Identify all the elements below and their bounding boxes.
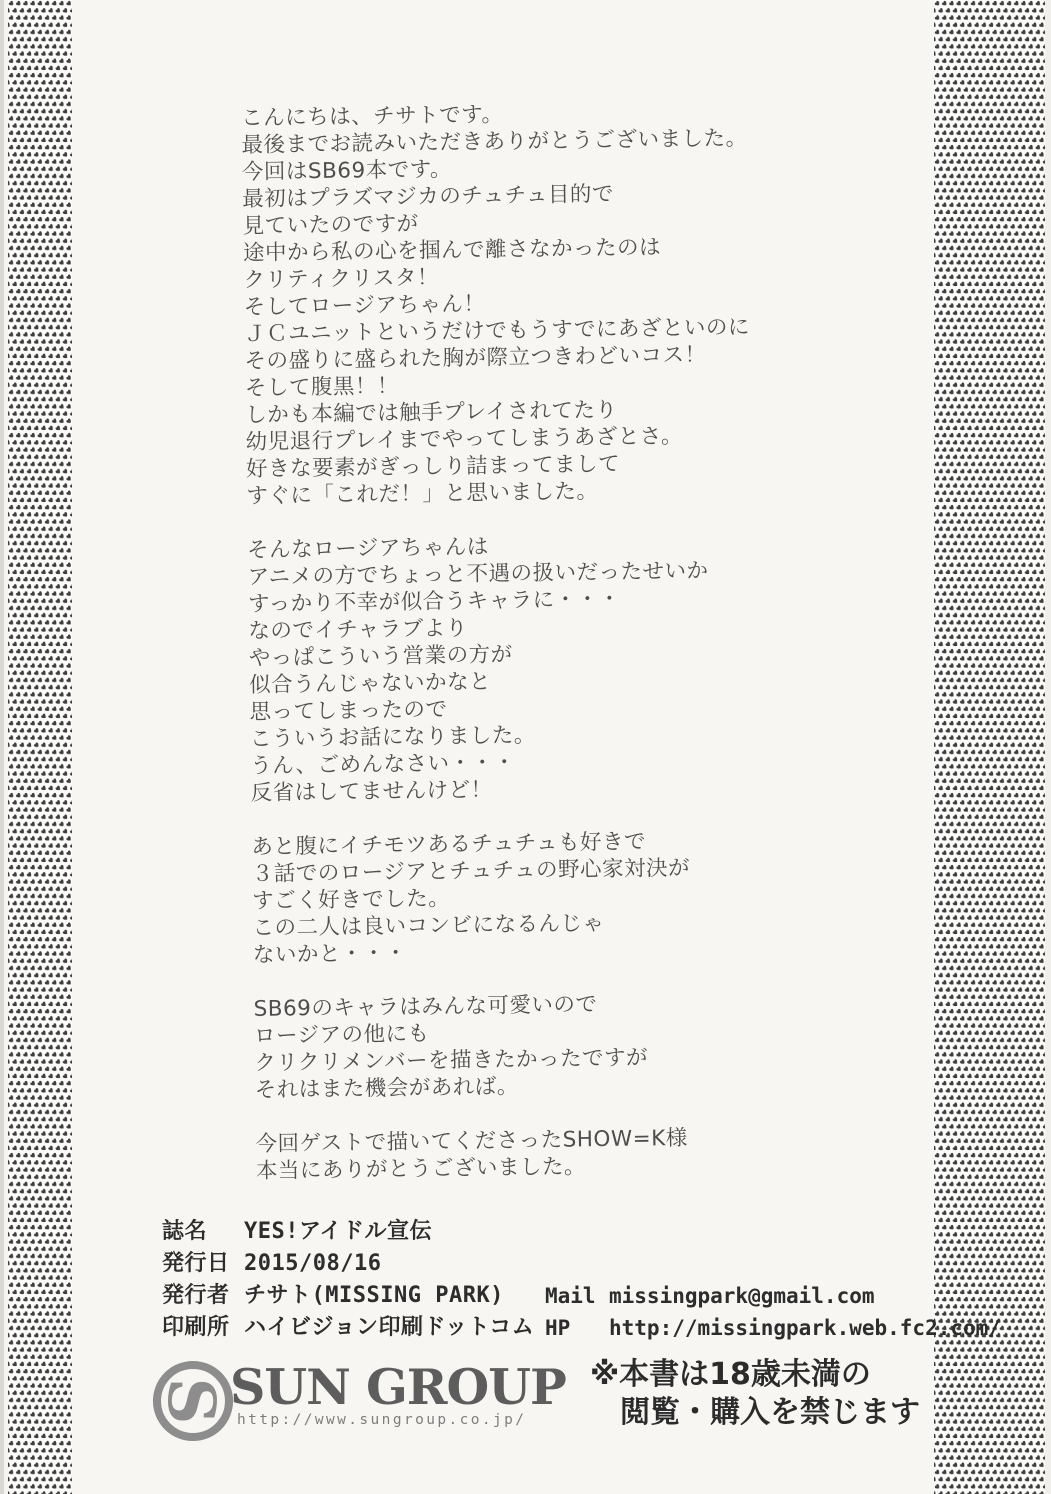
colophon-label-printer: 印刷所 — [162, 1312, 244, 1344]
afterword-paragraph-1: こんにちは、チサトです。 最後までお読みいただきありがとうございました。 今回は… — [241, 97, 807, 510]
age-warning-line-2: 閲覧・購入を禁じます — [620, 1394, 920, 1432]
contact-info: Mail missingpark@gmail.com HP http://mis… — [545, 1280, 1001, 1344]
afterword-paragraph-4: SB69のキャラはみんな可愛いので ロージアの他にも クリクリメンバーを描きたか… — [253, 988, 814, 1104]
scanned-afterword-page: こんにちは、チサトです。 最後までお読みいただきありがとうございました。 今回は… — [0, 0, 1051, 1494]
mail-address: missingpark@gmail.com — [609, 1280, 875, 1312]
houndstooth-border-left — [8, 0, 72, 1494]
colophon-label-date: 発行日 — [162, 1248, 244, 1280]
afterword-paragraph-3: あと腹にイチモツあるチュチュも好きで ３話でのロージアとチュチュの野心家対決が … — [251, 826, 813, 969]
colophon-label-title: 誌名 — [162, 1216, 244, 1248]
colophon-row-title: 誌名 YES!アイドル宣伝 — [162, 1216, 962, 1248]
contact-row-mail: Mail missingpark@gmail.com — [545, 1280, 1001, 1312]
colophon-label-publisher: 発行者 — [162, 1280, 244, 1312]
afterword-paragraph-5: 今回ゲストで描いてくださったSHOW=K様 本当にありがとうございました。 — [255, 1123, 816, 1185]
age-warning-line-1: ※本書は18歳未満の — [590, 1356, 920, 1394]
printer-name: SUN GROUP — [230, 1358, 566, 1416]
afterword-paragraph-2: そんなロージアちゃんは アニメの方でちょっと不遇の扱いだったせいか すっかり不幸… — [247, 529, 811, 807]
sun-group-logo-icon: S — [148, 1356, 238, 1450]
colophon-row-date: 発行日 2015/08/16 — [162, 1248, 962, 1280]
homepage-url: http://missingpark.web.fc2.com/ — [609, 1312, 1001, 1344]
age-warning: ※本書は18歳未満の 閲覧・購入を禁じます — [590, 1356, 920, 1432]
afterword-text: こんにちは、チサトです。 最後までお読みいただきありがとうございました。 今回は… — [241, 97, 816, 1185]
contact-row-homepage: HP http://missingpark.web.fc2.com/ — [545, 1312, 1001, 1344]
colophon-value-title: YES!アイドル宣伝 — [244, 1216, 962, 1248]
homepage-label: HP — [545, 1312, 609, 1344]
scan-edge-margin-right — [1045, 0, 1051, 1494]
mail-label: Mail — [545, 1280, 609, 1312]
svg-text:S: S — [153, 1378, 229, 1425]
printer-url: http://www.sungroup.co.jp/ — [237, 1412, 526, 1428]
colophon-value-date: 2015/08/16 — [244, 1248, 962, 1280]
